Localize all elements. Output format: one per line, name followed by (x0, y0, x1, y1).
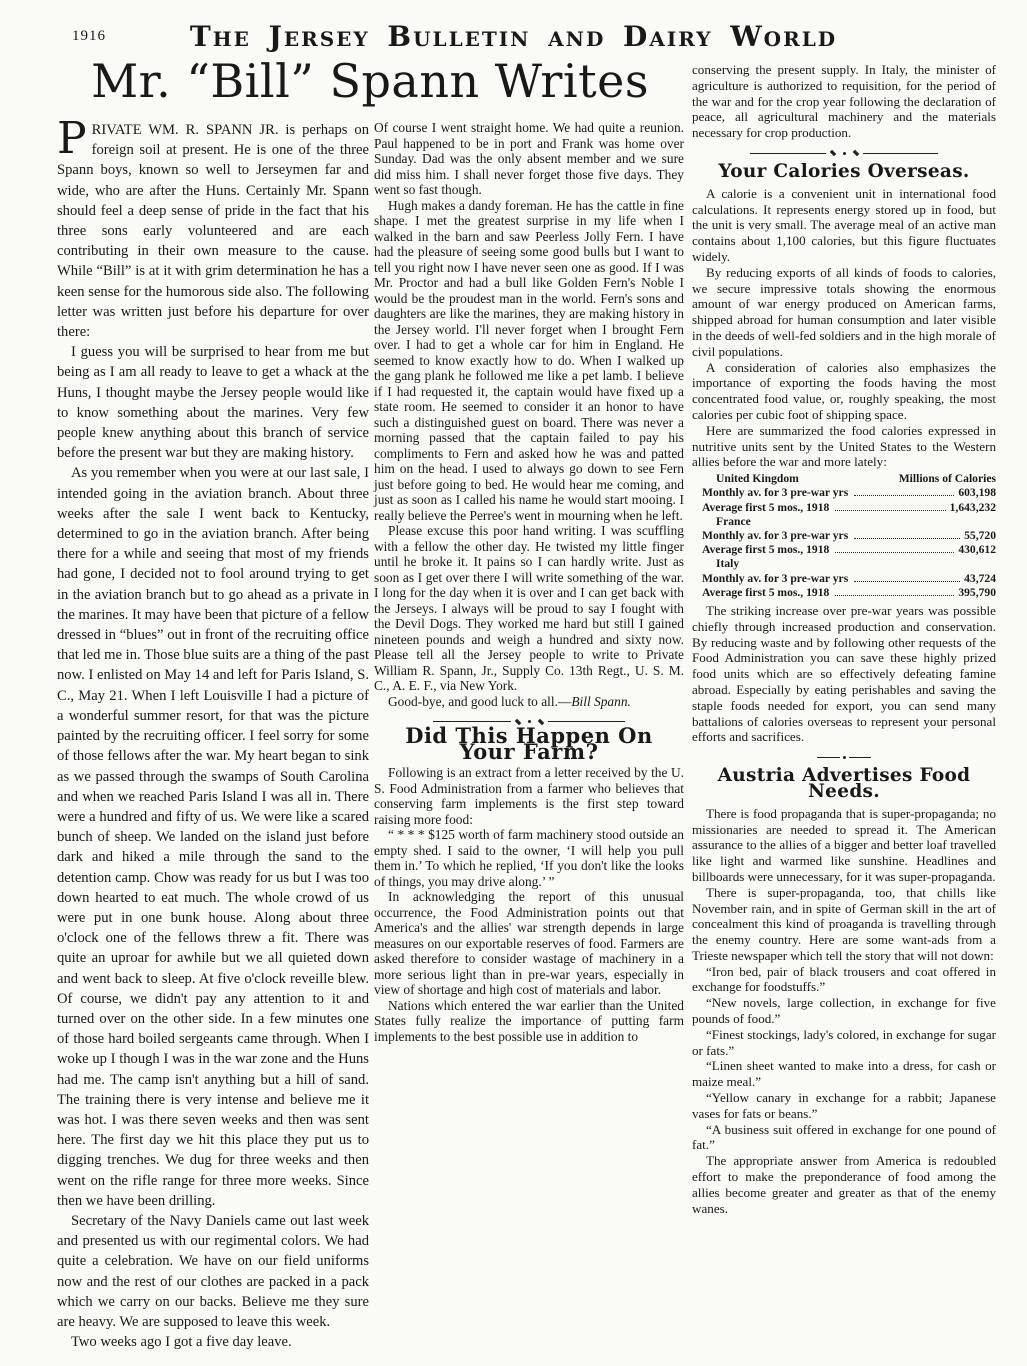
scanned-magazine-page: 1916 The Jersey Bulletin and Dairy World… (0, 0, 1027, 1366)
column-2: Of course I went straight home. We had q… (374, 120, 684, 1044)
paragraph: There is super-propaganda, too, that chi… (692, 885, 996, 964)
table-group-row: France (692, 515, 996, 529)
paragraph: “Finest stockings, lady's colored, in ex… (692, 1027, 996, 1059)
signoff-text: Good-bye, and good luck to all.— (388, 694, 571, 709)
paragraph: Following is an extract from a letter re… (374, 765, 684, 827)
paragraph: Please excuse this poor hand writing. I … (374, 523, 684, 694)
calories-table: United Kingdom Millions of Calories Mont… (692, 472, 996, 600)
table-header-row: United Kingdom Millions of Calories (692, 472, 996, 486)
paragraph: I guess you will be surprised to hear fr… (57, 342, 369, 463)
paragraph: There is food propaganda that is super-p… (692, 806, 996, 885)
article-headline-calories: Your Calories Overseas. (692, 164, 996, 180)
article-headline-spann: Mr. “Bill” Spann Writes (55, 54, 685, 108)
paragraph: “Linen sheet wanted to make into a dress… (692, 1058, 996, 1090)
column-3: conserving the present supply. In Italy,… (692, 62, 996, 1216)
drop-cap: P (57, 120, 92, 155)
masthead-title: The Jersey Bulletin and Dairy World (0, 20, 1027, 53)
paragraph: “A business suit offered in exchange for… (692, 1122, 996, 1154)
paragraph: “ * * * $125 worth of farm machinery sto… (374, 827, 684, 889)
column-1: PRIVATE WM. R. SPANN JR. is perhaps on f… (57, 120, 369, 1352)
article-headline-austria: Austria Advertises Food Needs. (692, 768, 996, 800)
paragraph: Here are summarized the food calories ex… (692, 423, 996, 470)
paragraph: Two weeks ago I got a five day leave. (57, 1332, 369, 1352)
paragraph: As you remember when you were at our las… (57, 463, 369, 1211)
ornament-divider (750, 150, 938, 157)
article-headline-farm: Did This Happen On Your Farm? (374, 728, 684, 759)
table-row: Average first 5 mos., 19181,643,232 (692, 501, 996, 515)
signature: Bill Spann. (571, 694, 631, 709)
paragraph-text: RIVATE WM. R. SPANN JR. is perhaps on fo… (57, 122, 369, 340)
table-group-row: Italy (692, 557, 996, 571)
table-header-right: Millions of Calories (899, 472, 996, 486)
paragraph: Secretary of the Navy Daniels came out l… (57, 1211, 369, 1332)
ornament-divider (817, 754, 872, 761)
paragraph: By reducing exports of all kinds of food… (692, 265, 996, 360)
paragraph: “Yellow canary in exchange for a rabbit;… (692, 1090, 996, 1122)
paragraph: The appropriate answer from America is r… (692, 1153, 996, 1216)
paragraph: “Iron bed, pair of black trousers and co… (692, 964, 996, 996)
paragraph: Hugh makes a dandy foreman. He has the c… (374, 198, 684, 524)
paragraph: Nations which entered the war earlier th… (374, 998, 684, 1045)
table-row: Monthly av. for 3 pre-war yrs55,720 (692, 529, 996, 543)
paragraph: The striking increase over pre-war years… (692, 603, 996, 745)
table-row: Monthly av. for 3 pre-war yrs43,724 (692, 572, 996, 586)
paragraph: “New novels, large collection, in exchan… (692, 995, 996, 1027)
paragraph: conserving the present supply. In Italy,… (692, 62, 996, 141)
table-row: Monthly av. for 3 pre-war yrs603,198 (692, 486, 996, 500)
paragraph: A calorie is a convenient unit in intern… (692, 186, 996, 265)
table-row: Average first 5 mos., 1918430,612 (692, 543, 996, 557)
paragraph: In acknowledging the report of this unus… (374, 889, 684, 998)
table-header-left: United Kingdom (692, 472, 799, 486)
paragraph: A consideration of calories also emphasi… (692, 360, 996, 423)
paragraph: Of course I went straight home. We had q… (374, 120, 684, 198)
table-row: Average first 5 mos., 1918395,790 (692, 586, 996, 600)
signoff-paragraph: Good-bye, and good luck to all.—Bill Spa… (374, 694, 684, 710)
paragraph: PRIVATE WM. R. SPANN JR. is perhaps on f… (57, 120, 369, 342)
